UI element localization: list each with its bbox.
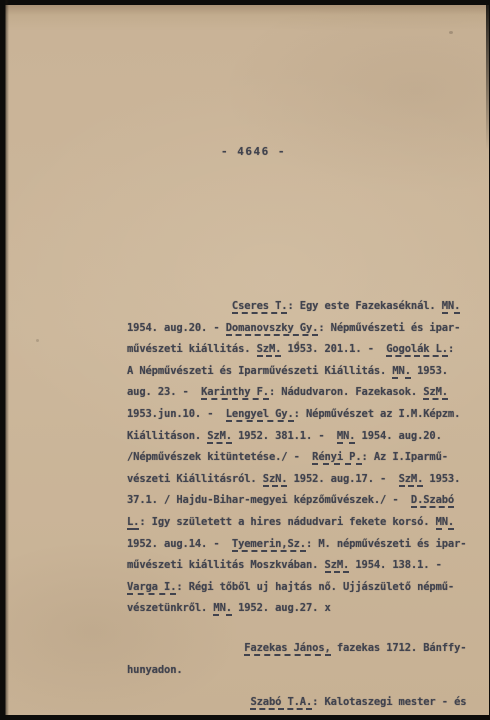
text-segment: 1953.jun.10. -: [127, 408, 226, 420]
text-line: L.: Igy született a hires nádudvari feke…: [127, 512, 480, 534]
page-number: - 4646 -: [221, 146, 286, 158]
bibliography-entry-szabo-ta: Szabó T.A.: Kalotaszegi mester - és: [127, 692, 480, 714]
text-segment: : Igy született a hires nádudvari fekete…: [139, 516, 435, 528]
text-line: művészeti kiállitás. SzM. 1953. 201.1. -…: [127, 339, 480, 361]
text-segment: /Népművészek kitüntetése./ -: [127, 451, 312, 463]
text-segment: 1954. 138.1. -: [349, 559, 442, 571]
text-segment: :: [448, 343, 454, 355]
underlined-text: SzM.: [257, 343, 282, 357]
text-segment: fazekas 1712. Bánffy-: [331, 642, 467, 654]
text-segment: 1953.: [423, 473, 460, 485]
text-segment: : Népművészeti és ipar-: [318, 322, 460, 334]
underlined-text: Cseres T.: [232, 300, 288, 314]
text-line: vészeti Kiállitásról. SzN. 1952. aug.17.…: [127, 469, 480, 491]
text-segment: vészeti Kiállitásról.: [127, 473, 263, 485]
underlined-text: SzM.: [207, 430, 232, 444]
typewritten-text-layer: - 4646 - Cseres T.: Egy este Fazekasékná…: [0, 0, 490, 720]
text-line: 1953.jun.10. - Lengyel Gy.: Népművészet …: [127, 404, 480, 426]
underlined-text: Gogolák L.: [386, 343, 448, 357]
text-segment: 1952. aug.14. -: [127, 538, 232, 550]
underlined-text: Varga I.: [127, 581, 176, 595]
text-line: 37.1. / Hajdu-Bihar-megyei képzőművészek…: [127, 490, 480, 512]
text-line: vészetünkről. MN. 1952. aug.27. x: [127, 598, 480, 620]
text-line: Szabó T.A.: Kalotaszegi mester - és: [127, 692, 480, 714]
text-segment: aug. 23. -: [127, 386, 201, 398]
text-segment: [127, 642, 244, 654]
text-line: Kiállitáson. SzM. 1952. 381.1. - MN. 195…: [127, 426, 480, 448]
scanned-document: - 4646 - Cseres T.: Egy este Fazekasékná…: [0, 0, 490, 720]
text-segment: Kiállitáson.: [127, 430, 207, 442]
text-segment: 1954. aug.20. -: [127, 322, 226, 334]
text-segment: : Kalotaszegi mester - és: [312, 696, 466, 708]
text-segment: vészetünkről.: [127, 602, 213, 614]
text-line: Varga I.: Régi tőből uj hajtás nő. Ujjás…: [127, 577, 480, 599]
underlined-text: SzM.: [399, 473, 424, 487]
text-segment: 1952. aug.17. -: [287, 473, 398, 485]
text-segment: : M. népművészeti és ipar-: [306, 538, 466, 550]
underlined-text: SzM.: [325, 559, 350, 573]
bibliography-entry-pottery: Cseres T.: Egy este Fazekaséknál. MN.195…: [127, 296, 480, 620]
text-segment: 1952. 381.1. -: [232, 430, 337, 442]
ink-speck: [449, 31, 453, 34]
underlined-text: SzM.: [423, 386, 448, 400]
underlined-text: MN.: [213, 602, 232, 616]
text-line: Cseres T.: Egy este Fazekaséknál. MN.: [127, 296, 480, 318]
underlined-text: Rényi P.: [312, 451, 361, 465]
text-segment: művészeti kiállitás Moszkvában.: [127, 559, 325, 571]
text-segment: : Nádudvaron. Fazekasok.: [269, 386, 423, 398]
text-line: /Népművészek kitüntetése./ - Rényi P.: A…: [127, 447, 480, 469]
ink-speck: [36, 339, 39, 342]
underlined-text: Szabó T.A.: [250, 696, 312, 710]
underlined-text: Lengyel Gy.: [226, 408, 294, 422]
underlined-text: D.Szabó: [411, 494, 454, 508]
text-segment: művészeti kiállitás.: [127, 343, 257, 355]
text-segment: : Az I.Iparmű-: [362, 451, 448, 463]
text-segment: [127, 300, 232, 312]
text-segment: 37.1. / Hajdu-Bihar-megyei képzőművészek…: [127, 494, 411, 506]
underlined-text: Karinthy F.: [201, 386, 269, 400]
underlined-text: Domanovszky Gy.: [226, 322, 319, 336]
text-segment: 1954. aug.20.: [355, 430, 441, 442]
text-segment: [127, 696, 250, 708]
text-segment: hunyadon.: [127, 664, 183, 676]
text-line: művészeti kiállitás Moszkvában. SzM. 195…: [127, 555, 480, 577]
underlined-text: L.: [127, 516, 139, 530]
bibliography-entry-fazekas-janos: Fazekas János, fazekas 1712. Bánffy-huny…: [127, 638, 480, 681]
underlined-text: MN.: [392, 365, 411, 379]
underlined-text: MN.: [337, 430, 356, 444]
underlined-text: Fazekas János,: [244, 642, 330, 656]
underlined-text: SzN.: [263, 473, 288, 487]
text-line: 1954. aug.20. - Domanovszky Gy.: Népművé…: [127, 318, 480, 340]
underlined-text: Tyemerin,Sz.: [232, 538, 306, 552]
underlined-text: MN.: [436, 516, 455, 530]
text-segment: 1953.: [411, 365, 448, 377]
text-line: aug. 23. - Karinthy F.: Nádudvaron. Faze…: [127, 382, 480, 404]
text-line: hunyadon.: [127, 660, 480, 682]
text-segment: 1952. aug.27. x: [232, 602, 331, 614]
text-segment: : Egy este Fazekaséknál.: [287, 300, 441, 312]
text-line: A Népművészeti és Iparművészeti Kiállitá…: [127, 361, 480, 383]
text-segment: : Népművészet az I.M.Képzm.: [294, 408, 461, 420]
text-line: Fazekas János, fazekas 1712. Bánffy-: [127, 638, 480, 660]
text-segment: A Népművészeti és Iparművészeti Kiállitá…: [127, 365, 392, 377]
underlined-text: MN.: [442, 300, 461, 314]
text-line: 1952. aug.14. - Tyemerin,Sz.: M. népművé…: [127, 534, 480, 556]
text-segment: : Régi tőből uj hajtás nő. Ujjászülető n…: [176, 581, 454, 593]
